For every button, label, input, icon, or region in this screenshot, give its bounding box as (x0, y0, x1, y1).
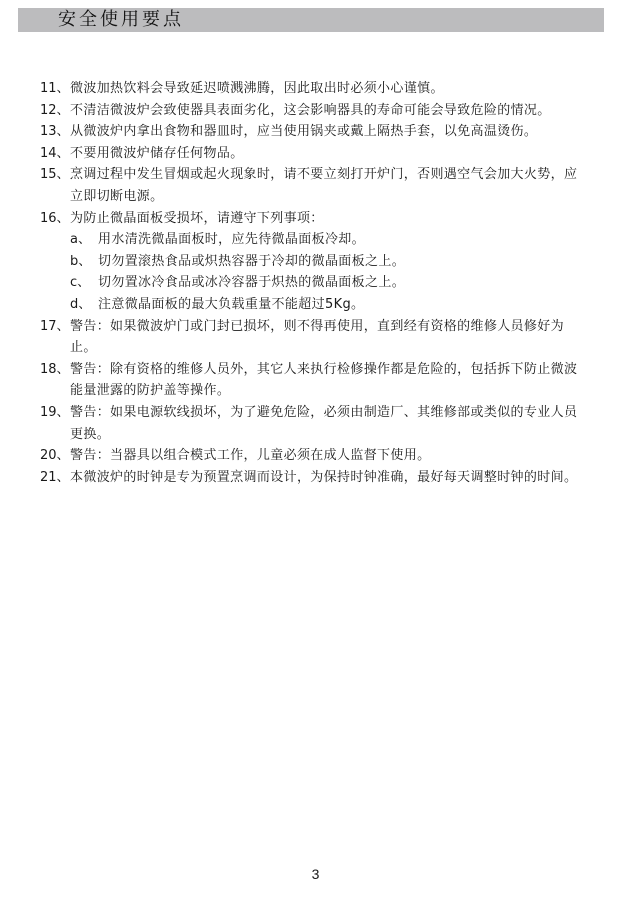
list-item-11: 11、 微波加热饮料会导致延迟喷溅沸腾，因此取出时必须小心谨慎。 (40, 78, 580, 100)
item-text: 为防止微晶面板受损坏，请遵守下列事项： (70, 208, 580, 230)
item-number: 20、 (40, 445, 70, 467)
list-item-18: 18、 警告：除有资格的维修人员外，其它人来执行检修操作都是危险的，包括拆下防止… (40, 359, 580, 402)
list-item-14: 14、 不要用微波炉储存任何物品。 (40, 143, 580, 165)
item-text: 不要用微波炉储存任何物品。 (70, 143, 580, 165)
sub-item-letter: a、 (70, 229, 91, 251)
item-number: 18、 (40, 359, 70, 381)
page-number: 3 (0, 866, 631, 882)
sub-item-text: 切勿置滚热食品或炽热容器于冷却的微晶面板之上。 (98, 251, 580, 273)
sub-item-text: 注意微晶面板的最大负载重量不能超过5Kg。 (98, 294, 580, 316)
section-title: 安全使用要点 (58, 9, 184, 31)
item-text: 不清洁微波炉会致使器具表面劣化，这会影响器具的寿命可能会导致危险的情况。 (70, 100, 580, 122)
sub-item-letter: c、 (70, 272, 90, 294)
item-number: 13、 (40, 121, 70, 143)
item-number: 14、 (40, 143, 70, 165)
sub-item-text: 用水清洗微晶面板时，应先待微晶面板冷却。 (98, 229, 580, 251)
sub-item-letter: d、 (70, 294, 91, 316)
sub-item-a: a、 用水清洗微晶面板时，应先待微晶面板冷却。 (70, 229, 580, 251)
list-item-21: 21、 本微波炉的时钟是专为预置烹调而设计，为保持时钟准确，最好每天调整时钟的时… (40, 467, 580, 489)
item-number: 17、 (40, 316, 70, 338)
section-header-bar: 安全使用要点 (18, 8, 604, 32)
item-text: 从微波炉内拿出食物和器皿时，应当使用锅夹或戴上隔热手套，以免高温烫伤。 (70, 121, 580, 143)
sub-item-b: b、 切勿置滚热食品或炽热容器于冷却的微晶面板之上。 (70, 251, 580, 273)
sub-item-letter: b、 (70, 251, 91, 273)
list-item-13: 13、 从微波炉内拿出食物和器皿时，应当使用锅夹或戴上隔热手套，以免高温烫伤。 (40, 121, 580, 143)
item-text: 警告：如果电源软线损坏，为了避免危险，必须由制造厂、其维修部或类似的专业人员更换… (70, 402, 580, 445)
list-item-12: 12、 不清洁微波炉会致使器具表面劣化，这会影响器具的寿命可能会导致危险的情况。 (40, 100, 580, 122)
item-text: 警告：如果微波炉门或门封已损坏，则不得再使用，直到经有资格的维修人员修好为止。 (70, 316, 580, 359)
list-item-15: 15、 烹调过程中发生冒烟或起火现象时，请不要立刻打开炉门，否则遇空气会加大火势… (40, 164, 580, 207)
item-number: 21、 (40, 467, 70, 489)
item-number: 11、 (40, 78, 70, 100)
item-number: 16、 (40, 208, 70, 230)
sub-item-c: c、 切勿置冰冷食品或冰冷容器于炽热的微晶面板之上。 (70, 272, 580, 294)
item-text: 本微波炉的时钟是专为预置烹调而设计，为保持时钟准确，最好每天调整时钟的时间。 (70, 467, 580, 489)
item-number: 15、 (40, 164, 70, 186)
item-number: 12、 (40, 100, 70, 122)
list-item-16: 16、 为防止微晶面板受损坏，请遵守下列事项： (40, 208, 580, 230)
item-text: 微波加热饮料会导致延迟喷溅沸腾，因此取出时必须小心谨慎。 (70, 78, 580, 100)
safety-list: 11、 微波加热饮料会导致延迟喷溅沸腾，因此取出时必须小心谨慎。 12、 不清洁… (40, 78, 580, 488)
list-item-19: 19、 警告：如果电源软线损坏，为了避免危险，必须由制造厂、其维修部或类似的专业… (40, 402, 580, 445)
item-number: 19、 (40, 402, 70, 424)
sub-item-text: 切勿置冰冷食品或冰冷容器于炽热的微晶面板之上。 (98, 272, 580, 294)
item-text: 警告：当器具以组合模式工作，儿童必须在成人监督下使用。 (70, 445, 580, 467)
sub-item-d: d、 注意微晶面板的最大负载重量不能超过5Kg。 (70, 294, 580, 316)
item-text: 警告：除有资格的维修人员外，其它人来执行检修操作都是危险的，包括拆下防止微波能量… (70, 359, 580, 402)
list-item-17: 17、 警告：如果微波炉门或门封已损坏，则不得再使用，直到经有资格的维修人员修好… (40, 316, 580, 359)
item-text: 烹调过程中发生冒烟或起火现象时，请不要立刻打开炉门，否则遇空气会加大火势，应立即… (70, 164, 580, 207)
list-item-20: 20、 警告：当器具以组合模式工作，儿童必须在成人监督下使用。 (40, 445, 580, 467)
